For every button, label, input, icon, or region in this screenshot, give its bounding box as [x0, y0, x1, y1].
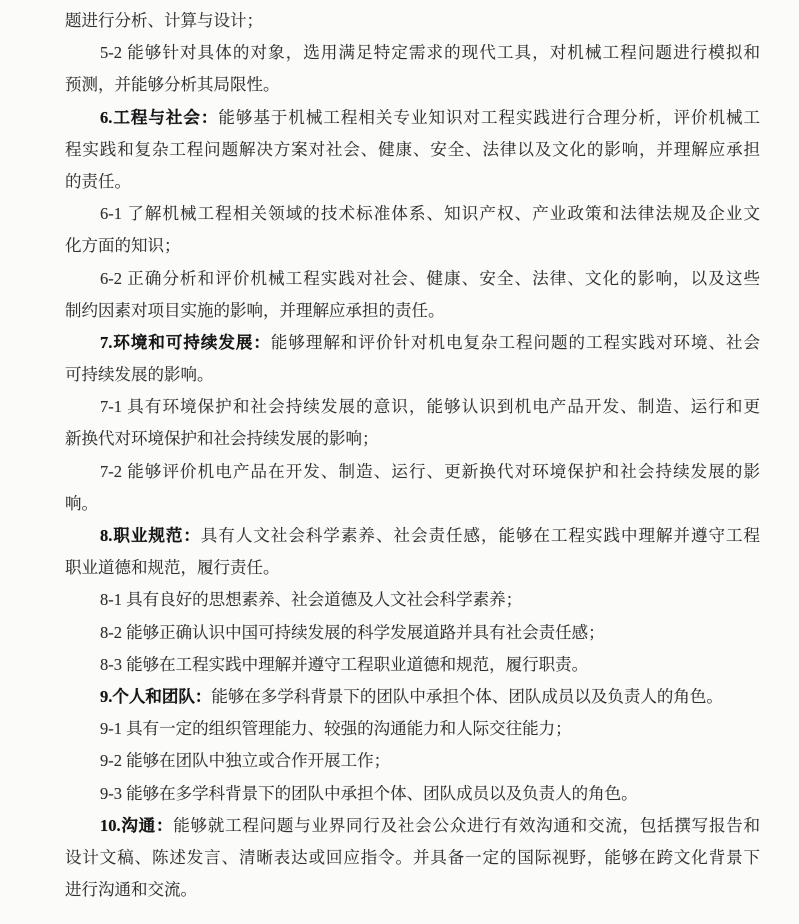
line-8-3: 8-3 能够在工程实践中理解并遵守工程职业道德和规范，履行职责。	[65, 649, 760, 681]
line-8-2: 8-2 能够正确认识中国可持续发展的科学发展道路并具有社会责任感；	[65, 617, 760, 649]
document-page: 题进行分析、计算与设计； 5-2 能够针对具体的对象，选用满足特定需求的现代工具…	[0, 0, 799, 924]
section-8-label: 8.职业规范：	[100, 526, 201, 545]
line-7-2a: 7-2 能够评价机电产品在开发、制造、运行、更新换代对环境保护和社会持续发展的影	[65, 456, 760, 488]
line-7-1a: 7-1 具有环境保护和社会持续发展的意识，能够认识到机电产品开发、制造、运行和更	[65, 391, 760, 423]
line-8-1: 8-1 具有良好的思想素养、社会道德及人文社会科学素养；	[65, 584, 760, 616]
line-6-2b: 制约因素对项目实施的影响，并理解应承担的责任。	[65, 295, 760, 327]
section-9-intro-text: 能够在多学科背景下的团队中承担个体、团队成员以及负责人的角色。	[211, 687, 723, 706]
line-6-1a: 6-1 了解机械工程相关领域的技术标准体系、知识产权、产业政策和法律法规及企业文	[65, 198, 760, 230]
line-5-2b: 预测，并能够分析其局限性。	[65, 69, 760, 101]
line-6-1b: 化方面的知识；	[65, 230, 760, 262]
line-8-body-end: 职业道德和规范，履行责任。	[65, 552, 760, 584]
section-10-label: 10.沟通：	[100, 816, 173, 835]
line-6-2a: 6-2 正确分析和评价机械工程实践对社会、健康、安全、法律、文化的影响，以及这些	[65, 263, 760, 295]
line-6-body-end: 的责任。	[65, 166, 760, 198]
section-8-intro-text: 具有人文社会科学素养、社会责任感，能够在工程实践中理解并遵守工程	[201, 526, 760, 545]
line-7-2b: 响。	[65, 488, 760, 520]
line-8-heading: 8.职业规范：具有人文社会科学素养、社会责任感，能够在工程实践中理解并遵守工程	[65, 520, 760, 552]
line-6-heading: 6.工程与社会：能够基于机械工程相关专业知识对工程实践进行合理分析，评价机械工	[65, 102, 760, 134]
line-10-body: 设计文稿、陈述发言、清晰表达或回应指令。并具备一定的国际视野，能够在跨文化背景下	[65, 842, 760, 874]
section-10-intro-text: 能够就工程问题与业界同行及社会公众进行有效沟通和交流，包括撰写报告和	[173, 816, 760, 835]
line-6-body: 程实践和复杂工程问题解决方案对社会、健康、安全、法律以及文化的影响，并理解应承担	[65, 134, 760, 166]
line-7-1b: 新换代对环境保护和社会持续发展的影响；	[65, 423, 760, 455]
line-5-2a: 5-2 能够针对具体的对象，选用满足特定需求的现代工具，对机械工程问题进行模拟和	[65, 37, 760, 69]
line-7-body-end: 可持续发展的影响。	[65, 359, 760, 391]
section-9-label: 9.个人和团队：	[100, 687, 211, 706]
section-6-label: 6.工程与社会：	[100, 108, 218, 127]
section-6-intro-text: 能够基于机械工程相关专业知识对工程实践进行合理分析，评价机械工	[218, 108, 760, 127]
line-9-1: 9-1 具有一定的组织管理能力、较强的沟通能力和人际交往能力；	[65, 713, 760, 745]
line-9-3: 9-3 能够在多学科背景下的团队中承担个体、团队成员以及负责人的角色。	[65, 778, 760, 810]
section-7-intro-text: 能够理解和评价针对机电复杂工程问题的工程实践对环境、社会	[271, 333, 760, 352]
section-7-label: 7.环境和可持续发展：	[100, 333, 271, 352]
line-7-heading: 7.环境和可持续发展：能够理解和评价针对机电复杂工程问题的工程实践对环境、社会	[65, 327, 760, 359]
line-5-end: 题进行分析、计算与设计；	[65, 5, 760, 37]
line-10-heading: 10.沟通：能够就工程问题与业界同行及社会公众进行有效沟通和交流，包括撰写报告和	[65, 810, 760, 842]
line-9-heading: 9.个人和团队：能够在多学科背景下的团队中承担个体、团队成员以及负责人的角色。	[65, 681, 760, 713]
line-10-body-end: 进行沟通和交流。	[65, 874, 760, 906]
line-9-2: 9-2 能够在团队中独立或合作开展工作；	[65, 745, 760, 777]
